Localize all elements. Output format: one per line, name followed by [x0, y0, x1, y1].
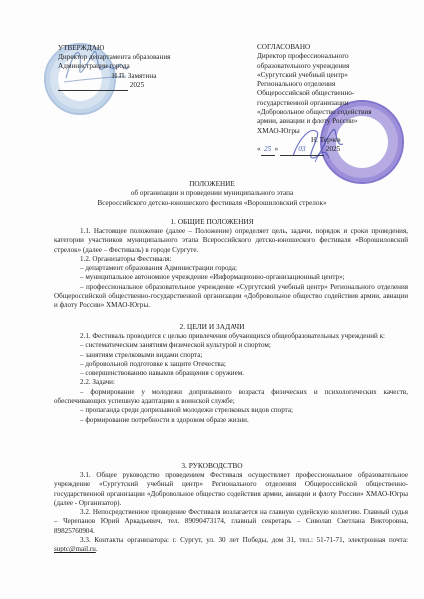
agreement-line: армии, авиации и флоту России»	[257, 117, 417, 126]
document-page: УТВЕРЖДАЮ Директор департамента образова…	[0, 0, 424, 599]
approval-title: УТВЕРЖДАЮ	[58, 44, 208, 53]
date-blank	[58, 81, 128, 91]
agreement-line: Общероссийской общественно-	[257, 89, 417, 98]
paragraph-1-1: 1.1. Настоящее положение (далее – Положе…	[54, 227, 408, 255]
paragraph-3-1: 3.1. Общее руководство проведением Фести…	[54, 471, 408, 508]
document-title: ПОЛОЖЕНИЕ об организации и проведении му…	[0, 180, 424, 208]
agreement-month: 03	[280, 145, 324, 155]
paragraph-3-3: 3.3. Контакты организатора: г. Сургут, у…	[54, 536, 408, 555]
email-link[interactable]: suptc@mail.ru	[54, 545, 96, 553]
agreement-line: Директор профессионального	[257, 52, 417, 61]
title-heading: ПОЛОЖЕНИЕ	[0, 180, 424, 189]
list-item: – пропаганда среди допризывной молодежи …	[54, 406, 408, 415]
list-item: – добровольной подготовке к защите Отече…	[54, 360, 408, 369]
section-3-heading: 3. РУКОВОДСТВО	[0, 461, 424, 470]
contacts-end: .	[96, 545, 98, 553]
paragraph-2-1: 2.1. Фестиваль проводится с целью привле…	[54, 332, 408, 341]
agreement-year: 2025	[326, 145, 340, 153]
list-item: – систематическим занятиям физической ку…	[54, 341, 408, 350]
paragraph-3-2: 3.2. Непосредственное проведение Фестива…	[54, 508, 408, 536]
list-item: – формирование потребности в здоровом об…	[54, 416, 408, 425]
paragraph-2-2: 2.2. Задачи:	[54, 378, 408, 387]
section-2-heading: 2. ЦЕЛИ И ЗАДАЧИ	[0, 322, 424, 331]
agreement-line: государственной организации	[257, 99, 417, 108]
agreement-line: Регионального отделения	[257, 80, 417, 89]
list-item: – муниципальное автономное учреждение «И…	[54, 273, 408, 282]
agreement-signatory: Н. Терчев	[257, 136, 417, 145]
title-line-1: об организации и проведении муниципально…	[0, 189, 424, 198]
list-item: – формирование у молодежи допризывного в…	[54, 388, 408, 407]
agreement-day: 25	[261, 145, 275, 155]
agreement-line: образовательного учреждения	[257, 62, 417, 71]
approval-organization: Администрации города	[58, 62, 208, 71]
agreement-title: СОГЛАСОВАНО	[257, 43, 417, 52]
agreement-line: «Добровольное общество содействия	[257, 108, 417, 117]
section-3-body: 3.1. Общее руководство проведением Фести…	[54, 471, 408, 555]
section-1-heading: 1. ОБЩИЕ ПОЛОЖЕНИЯ	[0, 217, 424, 226]
paragraph-1-2: 1.2. Организаторы Фестиваля:	[54, 255, 408, 264]
approval-block-left: УТВЕРЖДАЮ Директор департамента образова…	[58, 44, 208, 91]
contacts-text: 3.3. Контакты организатора: г. Сургут, у…	[80, 536, 408, 544]
agreement-date: «25» 03 2025	[257, 145, 417, 155]
approval-position: Директор департамента образования	[58, 53, 208, 62]
title-line-2: Всероссийского детско-юношеского фестива…	[0, 199, 424, 208]
approval-year: 2025	[130, 81, 144, 89]
list-item: – департамент образования Администрации …	[54, 264, 408, 273]
section-2-body: 2.1. Фестиваль проводится с целью привле…	[54, 332, 408, 425]
approval-block-right: СОГЛАСОВАНО Директор профессионального о…	[257, 43, 417, 156]
list-item: – профессиональное образовательное учреж…	[54, 283, 408, 311]
approval-date: 2025	[58, 81, 208, 91]
list-item: – занятиям стрелковыми видами спорта;	[54, 351, 408, 360]
list-item: – совершенствованию навыков обращения с …	[54, 369, 408, 378]
section-1-body: 1.1. Настоящее положение (далее – Положе…	[54, 227, 408, 311]
agreement-line: «Сургутский учебный центр»	[257, 71, 417, 80]
approval-signatory: Н.П. Замятина	[58, 72, 208, 81]
agreement-line: ХМАО-Югры	[257, 127, 417, 136]
